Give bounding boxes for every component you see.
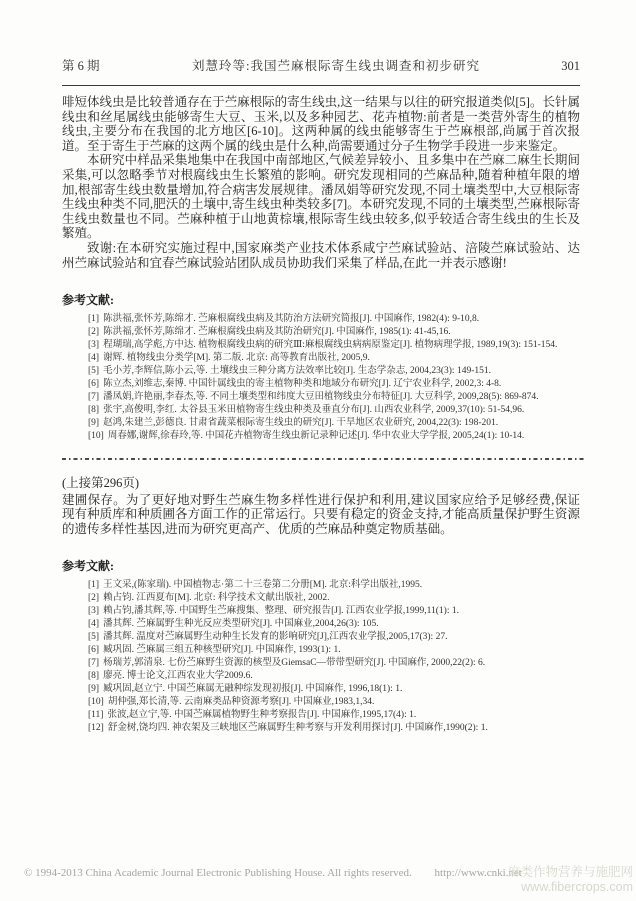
reference-item: [5]潘其辉. 温度对苎麻属野生动种生长发育的影响研究[J],江西农业学报,20… [88,631,594,644]
reference-text: 潘其辉. 温度对苎麻属野生动种生长发育的影响研究[J],江西农业学报,2005,… [103,632,447,642]
section-divider [62,458,586,460]
reference-item: [7]潘凤娟,许艳丽,李春杰,等. 不同土壤类型和纬度大豆田植物线虫分布特征[J… [88,391,594,404]
journal-page: 第 6 期 刘慧玲等:我国苎麻根际寄生线虫调查和初步研究 301 啡短体线虫是比… [0,0,636,901]
reference-item: [12]舒金树,饶均四. 神农架及三峡地区苎麻属野生种考察与开发利用探讨[J].… [88,722,594,735]
reference-list-2: [1]王文采,(陈家瑞). 中国植物志·第二十三卷第二分册[M]. 北京:科学出… [62,579,594,735]
reference-text: 赵鸿,朱建兰,彭德良. 甘肃省蔬菜根际寄生线虫的研究[J]. 干旱地区农业研究,… [103,418,498,428]
reference-item: [8]张宇,高俊明,李红. 太谷县玉米田植物寄生线虫种类及垂直分布[J]. 山西… [88,404,594,417]
page-number: 301 [540,59,580,74]
reference-text: 臧巩固,赵立宁. 中国苎麻属无融种综发现初报[J]. 中国麻作, 1996,18… [103,684,402,694]
reference-item: [4]谢辉. 植物线虫分类学[M]. 第二版. 北京: 高等教育出版社, 200… [88,352,594,365]
reference-label: [12] [88,723,104,733]
reference-label: [11] [88,710,103,720]
reference-label: [5] [88,632,99,642]
references-heading-2: 参考文献: [62,557,580,574]
reference-item: [6]陈立杰,刘维志,秦博. 中国针属线虫的寄主植物种类和地域分布研究[J]. … [88,378,594,391]
reference-item: [9]赵鸿,朱建兰,彭德良. 甘肃省蔬菜根际寄生线虫的研究[J]. 干旱地区农业… [88,417,594,430]
reference-text: 赖占钧,潘其辉,等. 中国野生苎麻搜集、整理、研究报告[J]. 江西农业学报,1… [103,606,459,616]
reference-item: [2]赖占钧. 江西夏布[M]. 北京: 科学技术文献出版社, 2002. [88,592,594,605]
reference-item: [4]潘其辉. 苎麻属野生种光反应类型研究[J]. 中国麻业,2004,26(3… [88,618,594,631]
reference-label: [10] [88,431,104,441]
reference-label: [6] [88,379,99,389]
reference-text: 毛小芳,李辉信,陈小云,等. 土壤线虫三种分离方法效率比较[J]. 生态学杂志,… [103,366,491,376]
body-paragraph: 本研究中样品采集地集中在我国中南部地区,气候差异较小、且多集中在苎麻二麻生长期间… [62,153,580,241]
reference-item: [1]陈洪福,张怀芳,陈绵才. 苎麻根腐线虫病及其防治方法研究简报[J]. 中国… [88,313,594,326]
reference-label: [8] [88,405,99,415]
issue-label: 第 6 期 [62,56,132,74]
reference-list-1: [1]陈洪福,张怀芳,陈绵才. 苎麻根腐线虫病及其防治方法研究简报[J]. 中国… [62,313,594,443]
reference-label: [6] [88,645,99,655]
reference-text: 王文采,(陈家瑞). 中国植物志·第二十三卷第二分册[M]. 北京:科学出版社,… [103,580,422,590]
watermark-site-name: 麻类作物营养与施肥网 [508,865,633,880]
article2-body: 建圃保存。为了更好地对野生苎麻生物多样性进行保护和利用,建议国家应给予足够经费,… [62,493,580,537]
watermark: 麻类作物营养与施肥网 www.fibercrops.com [508,865,633,895]
reference-text: 周春娜,谢辉,徐春玲,等. 中国花卉植物寄生线虫新记录种记述[J]. 华中农业大… [108,431,524,441]
body-paragraph: 啡短体线虫是比较普通存在于苎麻根际的寄生线虫,这一结果与以往的研究报道类似[5]… [62,95,580,153]
reference-text: 张波,赵立宁,等. 中国苎麻属植物野生种考察报告[J]. 中国麻作,1995,1… [107,710,416,720]
reference-label: [1] [88,580,99,590]
reference-text: 程瑚瑞,高学彪,方中达. 植物根腐线虫病的研究Ⅲ:麻根腐线虫病病原鉴定[J]. … [103,340,557,350]
body-paragraph: 建圃保存。为了更好地对野生苎麻生物多样性进行保护和利用,建议国家应给予足够经费,… [62,493,580,537]
reference-label: [7] [88,658,99,668]
reference-label: [9] [88,418,99,428]
reference-label: [4] [88,619,99,629]
reference-label: [5] [88,366,99,376]
reference-text: 赖占钧. 江西夏布[M]. 北京: 科学技术文献出版社, 2002. [103,593,329,603]
reference-item: [1]王文采,(陈家瑞). 中国植物志·第二十三卷第二分册[M]. 北京:科学出… [88,579,594,592]
continuation-note: (上接第296页) [62,473,580,491]
page-header: 第 6 期 刘慧玲等:我国苎麻根际寄生线虫调查和初步研究 301 [62,56,580,86]
copyright-text: © 1994-2013 China Academic Journal Elect… [24,867,412,879]
reference-label: [8] [88,671,99,681]
reference-text: 胡仲强,郑长清,等. 云南麻类品种资源考察[J]. 中国麻业,1983,1,34… [108,697,375,707]
references-heading-1: 参考文献: [62,291,580,308]
reference-item: [10]周春娜,谢辉,徐春玲,等. 中国花卉植物寄生线虫新记录种记述[J]. 华… [88,430,594,443]
reference-label: [1] [88,314,99,324]
article1-body: 啡短体线虫是比较普通存在于苎麻根际的寄生线虫,这一结果与以往的研究报道类似[5]… [62,95,580,270]
reference-label: [7] [88,392,99,402]
reference-item: [7]杨瑞芳,郭清泉. 七份苎麻野生资源的核型及GiemsaC—带带型研究[J]… [88,657,594,670]
reference-label: [10] [88,697,104,707]
reference-label: [4] [88,353,99,363]
reference-text: 廖亮. 博士论文,江西农业大学2009.6. [103,671,253,681]
reference-text: 杨瑞芳,郭清泉. 七份苎麻野生资源的核型及GiemsaC—带带型研究[J]. 中… [103,658,485,668]
reference-label: [9] [88,684,99,694]
reference-label: [3] [88,606,99,616]
reference-item: [3]赖占钧,潘其辉,等. 中国野生苎麻搜集、整理、研究报告[J]. 江西农业学… [88,605,594,618]
reference-text: 谢辉. 植物线虫分类学[M]. 第二版. 北京: 高等教育出版社, 2005,9… [103,353,370,363]
body-paragraph: 致谢:在本研究实施过程中,国家麻类产业技术体系咸宁苎麻试验站、涪陵苎麻试验站、达… [62,241,580,270]
watermark-site-url: www.fibercrops.com [508,880,633,895]
reference-item: [2]陈洪福,张怀芳,陈绵才. 苎麻根腐线虫病及其防治研究[J]. 中国麻作, … [88,326,594,339]
running-title: 刘慧玲等:我国苎麻根际寄生线虫调查和初步研究 [132,56,540,74]
reference-item: [11]张波,赵立宁,等. 中国苎麻属植物野生种考察报告[J]. 中国麻作,19… [88,709,594,722]
reference-label: [2] [88,593,99,603]
reference-item: [9]臧巩固,赵立宁. 中国苎麻属无融种综发现初报[J]. 中国麻作, 1996… [88,683,594,696]
reference-item: [10]胡仲强,郑长清,等. 云南麻类品种资源考察[J]. 中国麻业,1983,… [88,696,594,709]
reference-label: [2] [88,327,99,337]
reference-text: 陈洪福,张怀芳,陈绵才. 苎麻根腐线虫病及其防治研究[J]. 中国麻作, 198… [103,327,451,337]
reference-item: [5]毛小芳,李辉信,陈小云,等. 土壤线虫三种分离方法效率比较[J]. 生态学… [88,365,594,378]
reference-text: 舒金树,饶均四. 神农架及三峡地区苎麻属野生种考察与开发利用探讨[J]. 中国麻… [108,723,488,733]
reference-text: 张宇,高俊明,李红. 太谷县玉米田植物寄生线虫种类及垂直分布[J]. 山西农业科… [103,405,524,415]
reference-text: 陈洪福,张怀芳,陈绵才. 苎麻根腐线虫病及其防治方法研究简报[J]. 中国麻作,… [103,314,479,324]
reference-label: [3] [88,340,99,350]
reference-item: [8]廖亮. 博士论文,江西农业大学2009.6. [88,670,594,683]
reference-item: [3]程瑚瑞,高学彪,方中达. 植物根腐线虫病的研究Ⅲ:麻根腐线虫病病原鉴定[J… [88,339,594,352]
reference-text: 潘凤娟,许艳丽,李春杰,等. 不同土壤类型和纬度大豆田植物线虫分布特征[J]. … [103,392,538,402]
reference-text: 臧巩固. 苎麻属三组五种核型研究[J]. 中国麻作, 1993(1): 1. [103,645,341,655]
reference-text: 潘其辉. 苎麻属野生种光反应类型研究[J]. 中国麻业,2004,26(3): … [103,619,379,629]
reference-text: 陈立杰,刘维志,秦博. 中国针属线虫的寄主植物种类和地域分布研究[J]. 辽宁农… [103,379,501,389]
reference-item: [6]臧巩固. 苎麻属三组五种核型研究[J]. 中国麻作, 1993(1): 1… [88,644,594,657]
